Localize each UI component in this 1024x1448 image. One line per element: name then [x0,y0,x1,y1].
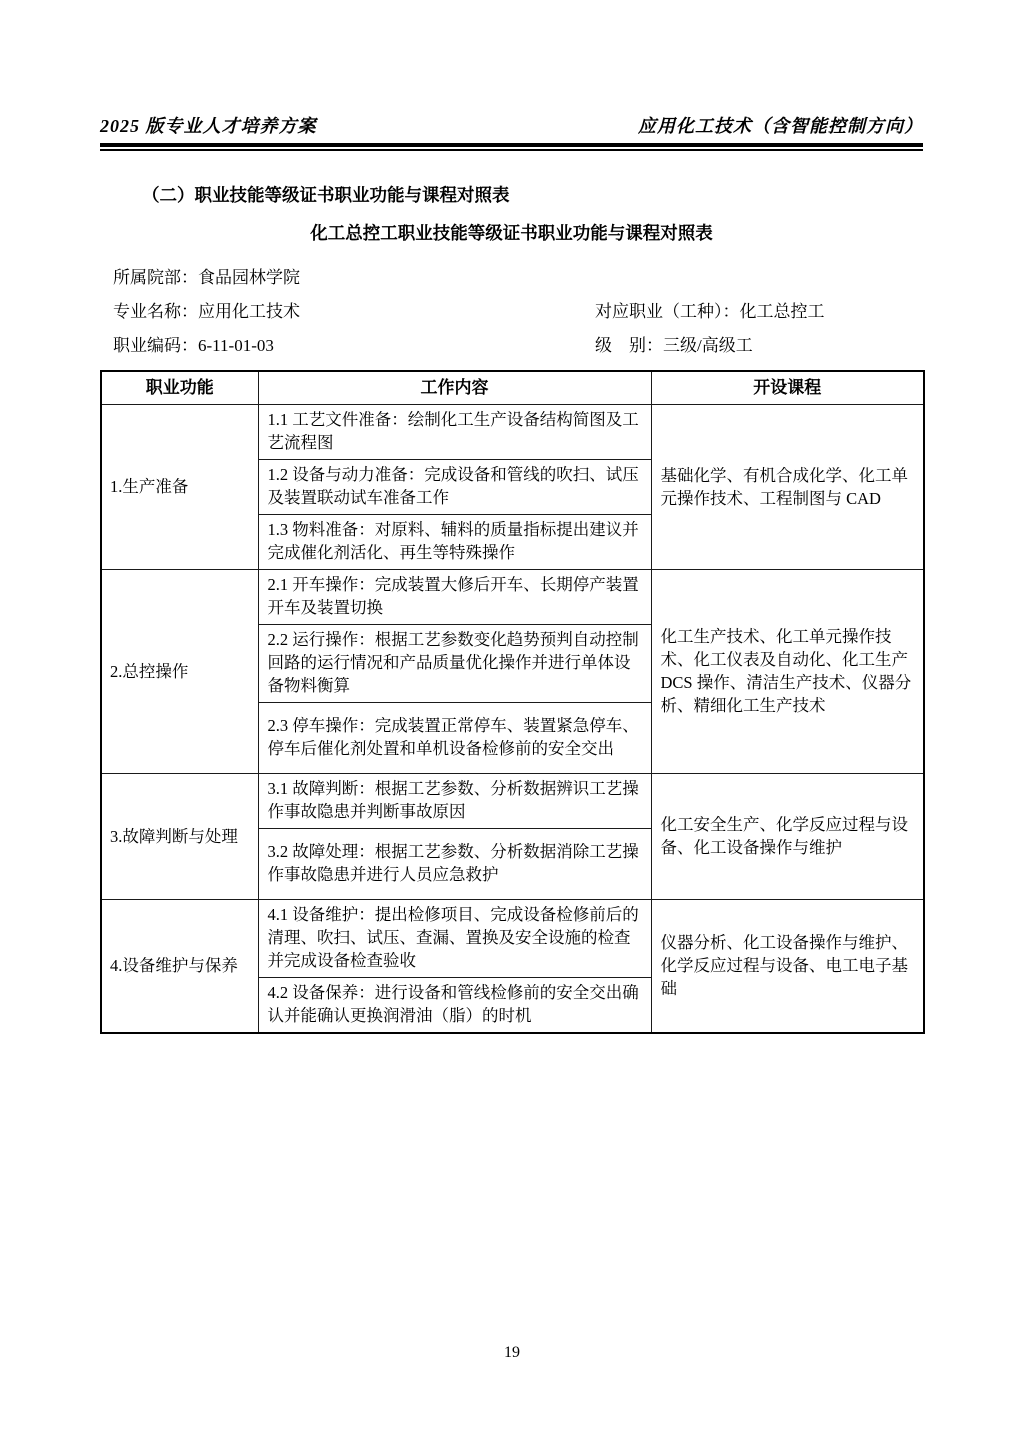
mapping-table: 职业功能 工作内容 开设课程 1.生产准备 1.1 工艺文件准备：绘制化工生产设… [100,370,925,1034]
running-header-right: 应用化工技术（含智能控制方向） [638,112,923,138]
header-rule [100,143,923,151]
info-level: 级 别：三级/高级工 [595,329,753,363]
occupation-label: 对应职业（工种）： [595,302,740,321]
running-header-left: 2025 版专业人才培养方案 [100,112,317,138]
task-cell-1-1: 1.1 工艺文件准备：绘制化工生产设备结构简图及工艺流程图 [258,404,651,459]
function-cell-4: 4.设备维护与保养 [101,899,258,1033]
function-cell-3: 3.故障判断与处理 [101,773,258,899]
table-row: 1.生产准备 1.1 工艺文件准备：绘制化工生产设备结构简图及工艺流程图 基础化… [101,404,924,459]
occupation-value: 化工总控工 [740,302,825,321]
page-number: 19 [0,1344,1024,1362]
info-block: 所属院部：食品园林学院 专业名称：应用化工技术 对应职业（工种）：化工总控工 职… [100,261,923,363]
table-row: 3.故障判断与处理 3.1 故障判断：根据工艺参数、分析数据辨识工艺操作事故隐患… [101,773,924,828]
task-cell-4-2: 4.2 设备保养：进行设备和管线检修前的安全交出确认并能确认更换润滑油（脂）的时… [258,977,651,1033]
table-header-row: 职业功能 工作内容 开设课程 [101,371,924,404]
department-label: 所属院部： [113,268,198,287]
content-area: 2025 版专业人才培养方案 应用化工技术（含智能控制方向） （二）职业技能等级… [100,0,923,1034]
info-line-major: 专业名称：应用化工技术 对应职业（工种）：化工总控工 [100,295,923,329]
task-cell-4-1: 4.1 设备维护：提出检修项目、完成设备检修前后的清理、吹扫、试压、查漏、置换及… [258,899,651,977]
task-cell-1-2: 1.2 设备与动力准备：完成设备和管线的吹扫、试压及装置联动试车准备工作 [258,459,651,514]
code-label: 职业编码： [113,336,198,355]
column-header-work-content: 工作内容 [258,371,651,404]
column-header-courses: 开设课程 [651,371,924,404]
code-value: 6-11-01-03 [198,336,274,355]
info-occupation: 对应职业（工种）：化工总控工 [595,295,825,329]
function-cell-2: 2.总控操作 [101,569,258,773]
department-value: 食品园林学院 [198,268,300,287]
document-page: 2025 版专业人才培养方案 应用化工技术（含智能控制方向） （二）职业技能等级… [0,0,1024,1448]
task-cell-2-3: 2.3 停车操作：完成装置正常停车、装置紧急停车、停车后催化剂处置和单机设备检修… [258,702,651,773]
section-heading: （二）职业技能等级证书职业功能与课程对照表 [100,182,923,207]
courses-cell-2: 化工生产技术、化工单元操作技术、化工仪表及自动化、化工生产 DCS 操作、清洁生… [651,569,924,773]
task-cell-3-2: 3.2 故障处理：根据工艺参数、分析数据消除工艺操作事故隐患并进行人员应急救护 [258,828,651,899]
info-line-code: 职业编码：6-11-01-03 级 别：三级/高级工 [100,329,923,363]
table-row: 2.总控操作 2.1 开车操作：完成装置大修后开车、长期停产装置开车及装置切换 … [101,569,924,624]
table-row: 4.设备维护与保养 4.1 设备维护：提出检修项目、完成设备检修前后的清理、吹扫… [101,899,924,977]
task-cell-1-3: 1.3 物料准备：对原料、辅料的质量指标提出建议并完成催化剂活化、再生等特殊操作 [258,514,651,569]
courses-cell-4: 仪器分析、化工设备操作与维护、化学反应过程与设备、电工电子基础 [651,899,924,1033]
column-header-function: 职业功能 [101,371,258,404]
task-cell-3-1: 3.1 故障判断：根据工艺参数、分析数据辨识工艺操作事故隐患并判断事故原因 [258,773,651,828]
task-cell-2-2: 2.2 运行操作：根据工艺参数变化趋势预判自动控制回路的运行情况和产品质量优化操… [258,624,651,702]
function-cell-1: 1.生产准备 [101,404,258,569]
running-header: 2025 版专业人才培养方案 应用化工技术（含智能控制方向） [100,112,923,138]
table-title: 化工总控工职业技能等级证书职业功能与课程对照表 [100,220,923,245]
task-cell-2-1: 2.1 开车操作：完成装置大修后开车、长期停产装置开车及装置切换 [258,569,651,624]
major-label: 专业名称： [113,302,198,321]
courses-cell-3: 化工安全生产、化学反应过程与设备、化工设备操作与维护 [651,773,924,899]
level-value: 三级/高级工 [663,336,753,355]
courses-cell-1: 基础化学、有机合成化学、化工单元操作技术、工程制图与 CAD [651,404,924,569]
info-line-department: 所属院部：食品园林学院 [100,261,923,295]
major-value: 应用化工技术 [198,302,300,321]
level-label: 级 别： [595,336,663,355]
